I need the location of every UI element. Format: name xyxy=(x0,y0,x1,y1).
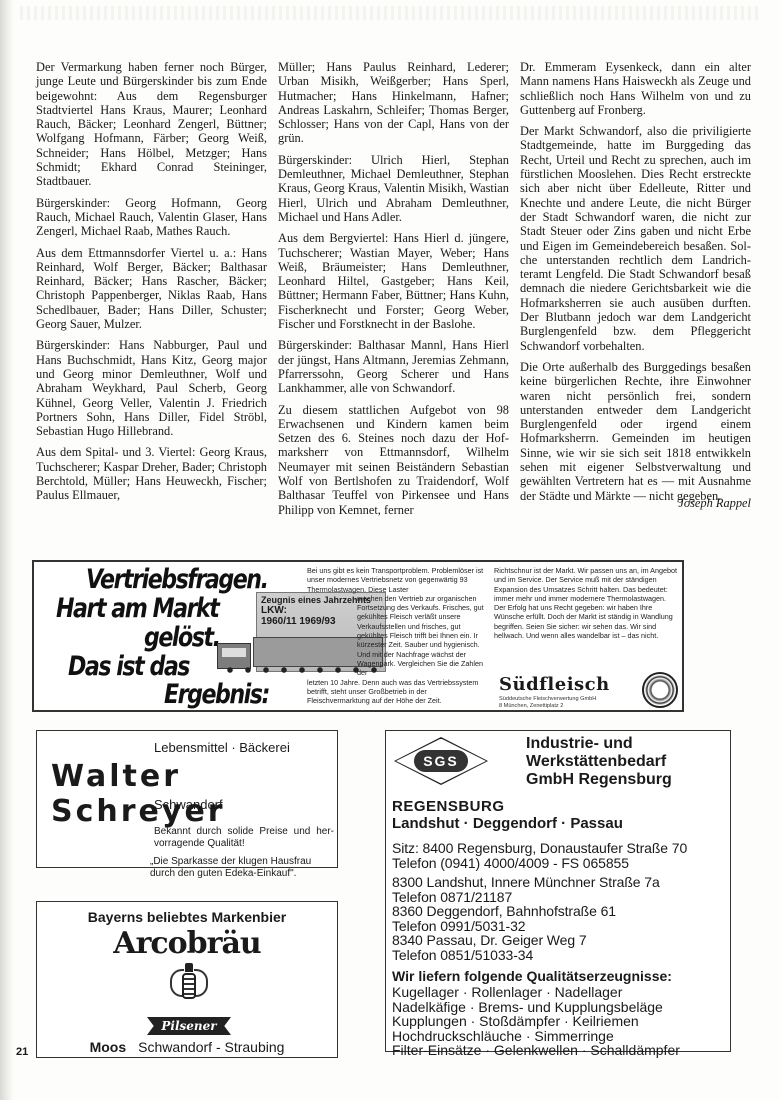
article-column-3: Dr. Emmeram Eysenkeck, dann ein alter Ma… xyxy=(520,60,751,560)
seal-icon xyxy=(642,672,678,708)
slogan-line: Das ist das xyxy=(68,651,189,682)
paragraph: Bürgerskinder: Ulrich Hierl, Stephan Dem… xyxy=(278,153,509,224)
location-moos: Moos xyxy=(90,1039,127,1055)
branch-addresses: 8300 Landshut, Innere Münchner Straße 7a… xyxy=(392,875,660,962)
paragraph: Aus dem Ettmannsdorfer Viertel u. a.: Ha… xyxy=(36,246,267,332)
address-line: Sitz: 8400 Regensburg, Donaustaufer Stra… xyxy=(392,841,687,856)
paragraph: Bürgerskinder: Hans Nabburger, Paul und … xyxy=(36,338,267,438)
headquarters-address: Sitz: 8400 Regensburg, Donaustaufer Stra… xyxy=(392,841,687,870)
slogan-line: Hart am Markt xyxy=(56,593,218,624)
article-column-1: Der Vermarkung haben ferner noch Bür­ger… xyxy=(36,60,267,560)
product-line: Kupplungen · Stoßdämpfer · Keilriemen xyxy=(392,1014,680,1029)
ad-text: letzten 10 Jahre. Denn auch was das Vert… xyxy=(307,678,478,706)
title-line: Industrie- und xyxy=(526,735,672,753)
phone-line: Telefon 0991/5031-32 xyxy=(392,919,660,934)
paragraph: Aus dem Spital- und 3. Viertel: Georg Kr… xyxy=(36,445,267,502)
business-category: Lebensmittel · Bäckerei xyxy=(154,740,290,755)
eagle-crest-icon xyxy=(170,963,208,1013)
address-line: 8300 Landshut, Innere Münchner Straße 7a xyxy=(392,875,660,890)
ad-locations: MoosSchwandorf - Straubing xyxy=(37,1039,337,1055)
sgs-logo-text: SGS xyxy=(414,750,468,772)
ad-text: Richtschnur ist der Markt. Wir passen un… xyxy=(494,566,677,603)
paragraph: Der Markt Schwandorf, also die privili­g… xyxy=(520,124,751,353)
products-heading: Wir liefern folgende Qualitätserzeugniss… xyxy=(392,968,672,984)
ad-text: machen den Vertrieb zur organischen Fort… xyxy=(307,594,487,678)
headquarters-city: REGENSBURG xyxy=(392,799,505,815)
products-list: Kugellager · Rollenlager · Nadellager Na… xyxy=(392,985,680,1058)
slogan-line: Ergebnis: xyxy=(164,679,269,710)
ad-body-text-2: Richtschnur ist der Markt. Wir passen un… xyxy=(494,566,679,640)
sgs-logo: SGS xyxy=(394,737,488,785)
company-title: Industrie- und Werkstättenbedarf GmbH Re… xyxy=(526,735,672,789)
location-towns: Schwandorf - Straubing xyxy=(138,1039,284,1055)
ad-suedfleisch: Vertriebsfragen. Hart am Markt gelöst. D… xyxy=(32,560,684,712)
ad-body-text-1: Bei uns gibt es kein Transportproblem. P… xyxy=(307,566,487,705)
ad-walter-schreyer: Lebensmittel · Bäckerei Walter Schreyer … xyxy=(36,730,338,868)
ad-text: Der Erfolg hat uns Recht gegeben: wir ha… xyxy=(494,603,673,640)
paragraph: Aus dem Bergviertel: Hans Hierl d. jün­g… xyxy=(278,231,509,331)
title-line: GmbH Regensburg xyxy=(526,771,672,789)
pilsener-banner: Pilsener xyxy=(147,1017,231,1035)
branch-cities: Landshut · Deggendorf · Passau xyxy=(392,815,623,832)
business-name: Walter Schreyer xyxy=(51,759,337,829)
paragraph: Müller; Hans Paulus Reinhard, Lederer; U… xyxy=(278,60,509,146)
ad-tagline: Bayerns beliebtes Markenbier xyxy=(37,909,337,925)
article-column-2: Müller; Hans Paulus Reinhard, Lederer; U… xyxy=(278,60,509,560)
phone-line: Telefon 0871/21187 xyxy=(392,890,660,905)
product-line: Filter-Einsätze · Gelenkwellen · Schalld… xyxy=(392,1043,680,1058)
paragraph: Bürgerskinder: Georg Hofmann, Georg Rauc… xyxy=(36,196,267,239)
phone-line: Telefon (0941) 4000/4009 - FS 065855 xyxy=(392,856,687,871)
ad-sgs: SGS Industrie- und Werkstättenbedarf Gmb… xyxy=(385,730,731,1052)
paragraph: Dr. Emmeram Eysenkeck, dann ein alter Ma… xyxy=(520,60,751,117)
company-info: Süddeutsche Fleischverwertung GmbH 8 Mün… xyxy=(499,696,596,710)
paragraph: Bürgerskinder: Balthasar Mannl, Hans Hie… xyxy=(278,338,509,395)
address-line: 8340 Passau, Dr. Geiger Weg 7 xyxy=(392,933,660,948)
ad-text: Bei uns gibt es kein Transportproblem. P… xyxy=(307,566,483,594)
paragraph: Die Orte außerhalb des Burggedings be­sa… xyxy=(520,360,751,503)
phone-line: Telefon 0851/51033-34 xyxy=(392,948,660,963)
ad-text: Bekannt durch solide Preise und her­vorr… xyxy=(154,826,334,850)
suedfleisch-logo: Südfleisch xyxy=(499,674,610,695)
company-name: Süddeutsche Fleischverwertung GmbH xyxy=(499,696,596,703)
scan-noise xyxy=(20,6,760,20)
ad-quote: „Die Sparkasse der klugen Hausfrau durch… xyxy=(150,856,334,880)
business-town: Schwandorf xyxy=(154,797,223,812)
page-edge xyxy=(0,0,14,1100)
ad-arcobraeu: Bayerns beliebtes Markenbier Arcobräu Pi… xyxy=(36,901,338,1058)
product-line: Kugellager · Rollenlager · Nadellager xyxy=(392,985,680,1000)
address-line: 8360 Deggendorf, Bahnhofstraße 61 xyxy=(392,904,660,919)
title-line: Werkstättenbedarf xyxy=(526,753,672,771)
product-line: Nadelkäfige · Brems- und Kupplungsbeläge xyxy=(392,1000,680,1015)
article: Der Vermarkung haben ferner noch Bür­ger… xyxy=(36,60,752,560)
slogan-line: Vertriebsfragen. xyxy=(86,564,268,595)
company-address: 8 München, Zenettiplatz 2 xyxy=(499,703,596,710)
paragraph: Zu diesem stattlichen Aufgebot von 98 Er… xyxy=(278,403,509,517)
brand-name: Arcobräu xyxy=(37,926,337,961)
slogan-line: gelöst. xyxy=(144,622,220,653)
paragraph: Der Vermarkung haben ferner noch Bür­ger… xyxy=(36,60,267,189)
page-number: 21 xyxy=(16,1046,28,1058)
product-line: Hochdruckschläuche · Simmerringe xyxy=(392,1029,680,1044)
